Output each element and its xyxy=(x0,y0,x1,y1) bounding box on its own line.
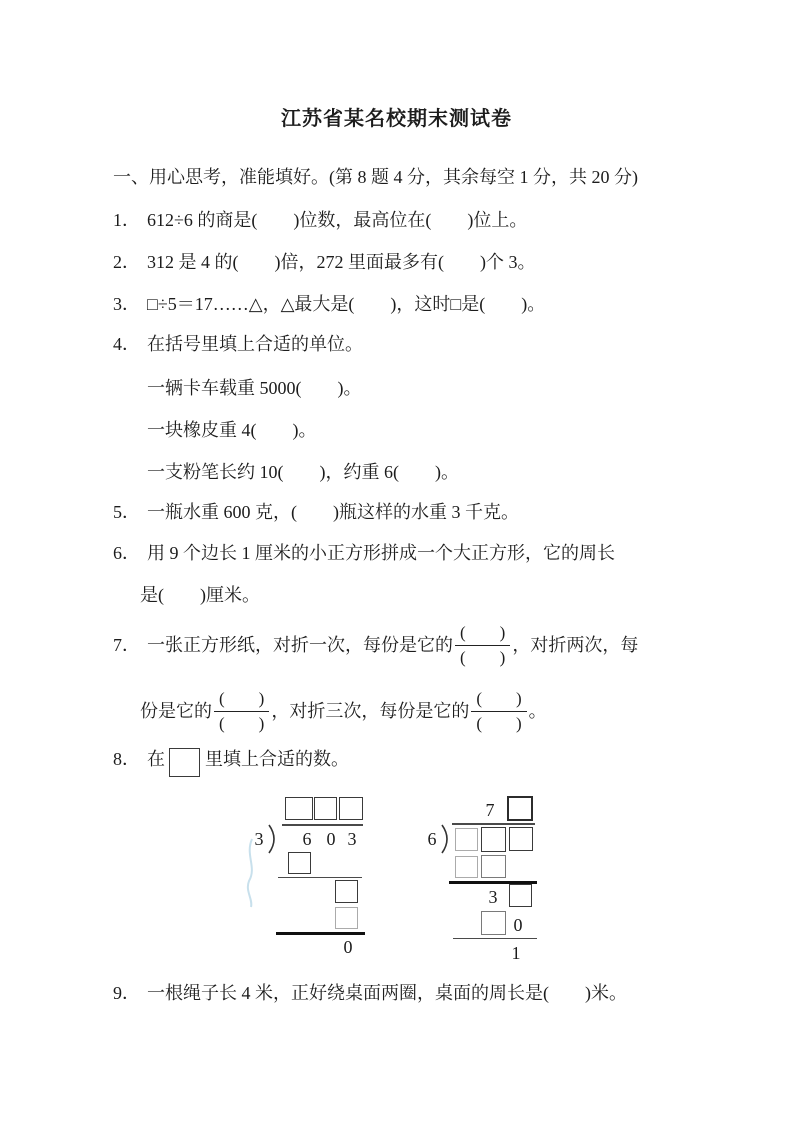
division-bracket-icon xyxy=(266,824,280,854)
question-4-text: 在括号里填上合适的单位。 xyxy=(147,333,363,355)
question-8: 8． 在 里填上合适的数。 xyxy=(113,748,349,777)
question-6-line-1: 6． 用 9 个边长 1 厘米的小正方形拼成一个大正方形，它的周长 xyxy=(113,542,615,564)
division-diagram-left: 3 6 0 3 0 xyxy=(250,793,386,965)
dividend-box-ones xyxy=(509,827,533,851)
question-4-item-3: 一支粉笔长约 10( )，约重 6( )。 xyxy=(147,461,459,483)
fraction-blank-3: ( ) ( ) xyxy=(471,689,526,734)
quotient-box-ones xyxy=(339,797,363,820)
question-1: 1． 612÷6 的商是( )位数，最高位在( )位上。 xyxy=(113,209,527,231)
question-7-text-segment-1: 一张正方形纸，对折一次，每份是它的 xyxy=(147,619,453,671)
question-8-answer-box xyxy=(169,748,200,777)
question-1-number: 1． xyxy=(113,209,147,231)
division-bracket-icon xyxy=(439,824,453,854)
fraction-blank-3-numerator: ( ) xyxy=(471,689,526,712)
question-8-text-pre: 在 xyxy=(147,748,165,770)
quotient-box-tens xyxy=(314,797,337,820)
question-7-text-segment-3: 份是它的 xyxy=(140,685,212,737)
question-4-item-3-text: 一支粉笔长约 10( )，约重 6( )。 xyxy=(147,461,459,483)
question-5-text: 一瓶水重 600 克，( )瓶这样的水重 3 千克。 xyxy=(147,501,519,523)
question-4: 4． 在括号里填上合适的单位。 xyxy=(113,333,363,355)
fraction-blank-1-denominator: ( ) xyxy=(455,646,510,668)
subtraction-line-2 xyxy=(276,932,365,935)
question-4-item-2: 一块橡皮重 4( )。 xyxy=(147,419,317,441)
dividend-digit-hundreds: 6 xyxy=(300,828,314,850)
quotient-box-ones xyxy=(507,796,533,821)
remainder-digit: 0 xyxy=(341,936,355,958)
question-2-number: 2． xyxy=(113,251,147,273)
question-5: 5． 一瓶水重 600 克，( )瓶这样的水重 3 千克。 xyxy=(113,501,519,523)
quotient-digit-tens: 7 xyxy=(483,799,497,821)
section-header-text: 一、用心思考，准能填好。(第 8 题 4 分，其余每空 1 分，共 20 分) xyxy=(113,166,638,188)
divisor-digit: 6 xyxy=(425,828,439,850)
question-4-number: 4． xyxy=(113,333,147,355)
subtraction-line-1 xyxy=(278,877,362,878)
fraction-blank-1-numerator: ( ) xyxy=(455,623,510,646)
dividend-digit-ones: 3 xyxy=(345,828,359,850)
question-2-text: 312 是 4 的( )倍，272 里面最多有( )个 3。 xyxy=(147,251,535,273)
vinculum-line xyxy=(452,823,535,825)
fraction-blank-3-denominator: ( ) xyxy=(471,712,526,734)
question-7-text-segment-2: ，对折两次，每 xyxy=(512,619,638,671)
question-6-line-1-text: 用 9 个边长 1 厘米的小正方形拼成一个大正方形，它的周长 xyxy=(147,542,615,564)
question-8-number: 8． xyxy=(113,748,147,770)
question-7-line-2: 份是它的 ( ) ( ) ，对折三次，每份是它的 ( ) ( ) 。 xyxy=(140,685,547,737)
question-3-text: □÷5＝17……△，△最大是( )，这时□是( )。 xyxy=(147,293,545,315)
question-9-number: 9． xyxy=(113,982,147,1004)
product-box-step1 xyxy=(288,852,311,874)
question-4-item-2-text: 一块橡皮重 4( )。 xyxy=(147,419,317,441)
product-digit-ones: 0 xyxy=(511,914,525,936)
subtraction-line-2 xyxy=(453,938,537,939)
question-4-item-1: 一辆卡车载重 5000( )。 xyxy=(147,377,362,399)
fraction-blank-2: ( ) ( ) xyxy=(214,689,269,734)
question-8-text-post: 里填上合适的数。 xyxy=(205,748,349,770)
fraction-blank-2-denominator: ( ) xyxy=(214,712,269,734)
question-6-line-2-text: 是( )厘米。 xyxy=(140,584,260,606)
question-7-line-1: 7． 一张正方形纸，对折一次，每份是它的 ( ) ( ) ，对折两次，每 xyxy=(113,619,638,671)
product-box-step2 xyxy=(335,907,358,929)
fraction-blank-2-numerator: ( ) xyxy=(214,689,269,712)
question-7-number: 7． xyxy=(113,619,147,671)
quotient-box-hundreds xyxy=(285,797,313,820)
scan-artifact-squiggle xyxy=(242,837,260,909)
bring-down-box xyxy=(509,884,532,907)
question-5-number: 5． xyxy=(113,501,147,523)
question-7-text-segment-5: 。 xyxy=(529,685,547,737)
test-paper-page: 江苏省某名校期末测试卷 一、用心思考，准能填好。(第 8 题 4 分，其余每空 … xyxy=(0,0,793,1122)
vinculum-line xyxy=(282,824,363,826)
dividend-box-hundreds xyxy=(455,828,478,851)
question-7-text-segment-4: ，对折三次，每份是它的 xyxy=(271,685,469,737)
question-6-number: 6． xyxy=(113,542,147,564)
remainder-digit: 1 xyxy=(509,942,523,964)
question-3: 3． □÷5＝17……△，△最大是( )，这时□是( )。 xyxy=(113,293,545,315)
partial-remainder-digit: 3 xyxy=(486,886,500,908)
question-9: 9． 一根绳子长 4 米，正好绕桌面两圈，桌面的周长是( )米。 xyxy=(113,982,627,1004)
dividend-box-tens xyxy=(481,827,506,852)
fraction-blank-1: ( ) ( ) xyxy=(455,623,510,668)
question-1-text: 612÷6 的商是( )位数，最高位在( )位上。 xyxy=(147,209,527,231)
question-9-text: 一根绳子长 4 米，正好绕桌面两圈，桌面的周长是( )米。 xyxy=(147,982,627,1004)
question-3-number: 3． xyxy=(113,293,147,315)
bring-down-box xyxy=(335,880,358,903)
product-box-step1-tens xyxy=(455,856,478,878)
paper-title: 江苏省某名校期末测试卷 xyxy=(0,102,793,131)
question-4-item-1-text: 一辆卡车载重 5000( )。 xyxy=(147,377,362,399)
section-header: 一、用心思考，准能填好。(第 8 题 4 分，其余每空 1 分，共 20 分) xyxy=(113,166,638,188)
question-2: 2． 312 是 4 的( )倍，272 里面最多有( )个 3。 xyxy=(113,251,535,273)
division-diagram-right: 7 6 3 0 1 xyxy=(425,793,547,967)
product-box-step2-tens xyxy=(481,911,506,935)
question-6-line-2: 是( )厘米。 xyxy=(140,584,260,606)
dividend-digit-tens: 0 xyxy=(324,828,338,850)
product-box-step1-ones xyxy=(481,855,506,878)
